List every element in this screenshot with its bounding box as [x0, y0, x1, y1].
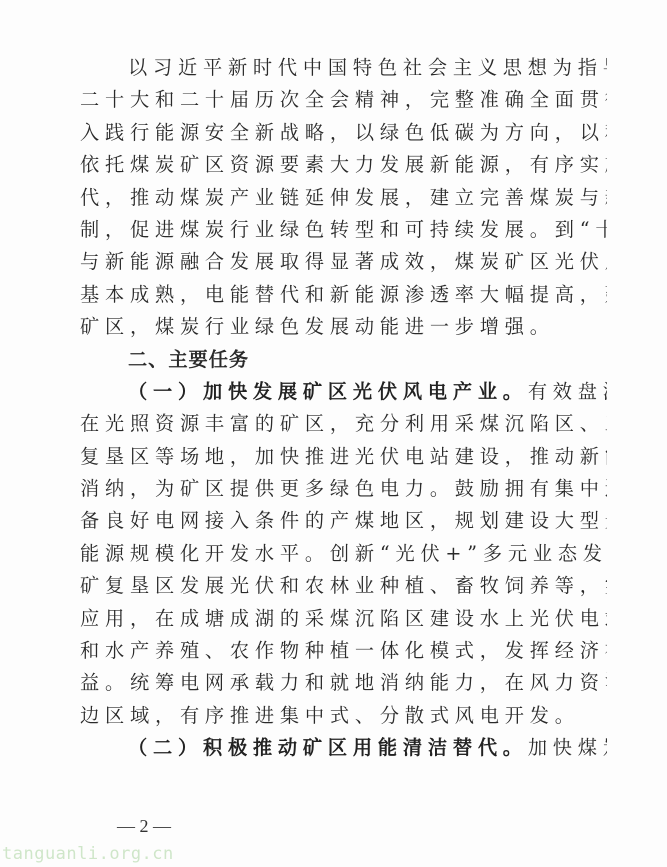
page-number: — 2 — [108, 816, 180, 837]
watermark: tanguanli.org.cn [2, 844, 174, 864]
text-line: 二十大和二十届历次全会精神，完整准确全面贯彻新发展理念，深 [80, 84, 607, 116]
subsection-title: （一）加快发展矿区光伏风电产业。 [128, 380, 528, 403]
text-line: 能源规模化开发水平。创新“光伏+”多元业态发展模式，支持在煤 [80, 538, 607, 570]
text-line: （二）积极推动矿区用能清洁替代。加快煤炭生产重点环节电 [80, 732, 607, 764]
subsection-title: （二）积极推动矿区用能清洁替代。 [128, 736, 528, 759]
text-line: 益。统筹电网承载力和就地消纳能力，在风力资源充沛的矿区及周 [80, 667, 607, 699]
text-line: 在光照资源丰富的矿区，充分利用采煤沉陷区、工业广场、排土场、 [80, 408, 607, 440]
text-line: 制，促进煤炭行业绿色转型和可持续发展。到“十五五”末，煤炭 [80, 214, 607, 246]
document-page: 以习近平新时代中国特色社会主义思想为指导，深入贯彻党的 二十大和二十届历次全会精… [0, 0, 667, 867]
text-line: 以习近平新时代中国特色社会主义思想为指导，深入贯彻党的 [80, 52, 607, 84]
text-line: 应用，在成塘成湖的采煤沉陷区建设水上光伏电站，推广应用光伏 [80, 603, 607, 635]
paragraph-guiding-principles: 以习近平新时代中国特色社会主义思想为指导，深入贯彻党的 二十大和二十届历次全会精… [80, 52, 607, 344]
section-heading-main-tasks: 二、主要任务 [80, 344, 607, 376]
text-span: 加快煤炭生产重点环节电 [528, 736, 607, 759]
text-line: 基本成熟，电能替代和新能源渗透率大幅提高，建设一批清洁低碳 [80, 279, 607, 311]
text-line: 备良好电网接入条件的产煤地区，规划建设大型光伏基地，提升新 [80, 505, 607, 537]
paragraph-clean-energy-substitution: （二）积极推动矿区用能清洁替代。加快煤炭生产重点环节电 [80, 732, 607, 764]
text-line: 复垦区等场地，加快推进光伏电站建设，推动新能源发电就近就地 [80, 441, 607, 473]
paragraph-pv-wind-industry: （一）加快发展矿区光伏风电产业。有效盘活矿区土地资源， 在光照资源丰富的矿区，充… [80, 376, 607, 732]
text-line: 依托煤炭矿区资源要素大力发展新能源，有序实施矿区清洁能源替 [80, 149, 607, 181]
text-line: 入践行能源安全新战略，以绿色低碳为方向，以科技创新为动力， [80, 117, 607, 149]
text-line: 边区域，有序推进集中式、分散式风电开发。 [80, 700, 607, 732]
text-line: 代，推动煤炭产业链延伸发展，建立完善煤炭与新能源融合发展机 [80, 182, 607, 214]
text-span: 有效盘活矿区土地资源， [528, 380, 607, 403]
text-line: 与新能源融合发展取得显著成效，煤炭矿区光伏风电产业发展模式 [80, 246, 607, 278]
text-line: （一）加快发展矿区光伏风电产业。有效盘活矿区土地资源， [80, 376, 607, 408]
text-line: 消纳，为矿区提供更多绿色电力。鼓励拥有集中连片土地资源、具 [80, 473, 607, 505]
text-line: 矿区，煤炭行业绿色发展动能进一步增强。 [80, 311, 607, 343]
document-body: 以习近平新时代中国特色社会主义思想为指导，深入贯彻党的 二十大和二十届历次全会精… [80, 52, 607, 765]
text-line: 和水产养殖、农作物种植一体化模式，发挥经济社会生态等综合效 [80, 635, 607, 667]
text-line: 矿复垦区发展光伏和农林业种植、畜牧饲养等，实现空间互补集成 [80, 570, 607, 602]
